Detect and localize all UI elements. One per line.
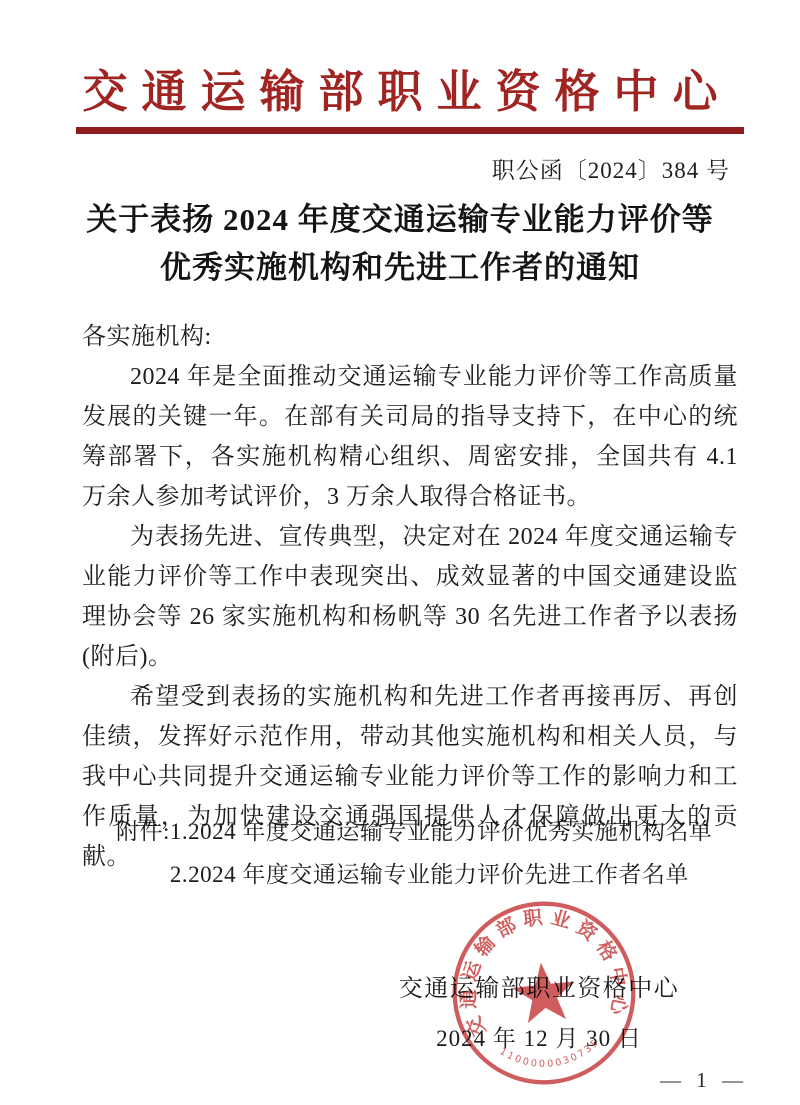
document-title-line1: 关于表扬 2024 年度交通运输专业能力评价等 — [86, 202, 714, 237]
body-paragraph: 2024 年是全面推动交通运输专业能力评价等工作高质量发展的关键一年。在部有关司… — [82, 357, 738, 517]
document-number: 职公函〔2024〕384 号 — [492, 152, 730, 185]
document-title: 关于表扬 2024 年度交通运输专业能力评价等 优秀实施机构和先进工作者的通知 — [40, 196, 760, 292]
signature-org-name: 交通运输部职业资格中心 — [398, 968, 680, 1003]
document-body: 各实施机构: 2024 年是全面推动交通运输专业能力评价等工作高质量发展的关键一… — [82, 317, 738, 877]
salutation: 各实施机构: — [82, 317, 738, 357]
body-paragraph: 为表扬先进、宣传典型，决定对在 2024 年度交通运输专业能力评价等工作中表现突… — [82, 517, 738, 677]
page-number: — 1 — — [660, 1068, 748, 1093]
attachments-label: 附件: — [116, 810, 170, 853]
signature-date: 2024 年 12 月 30 日 — [398, 1020, 680, 1053]
document-title-line2: 优秀实施机构和先进工作者的通知 — [160, 250, 640, 285]
attachment-item: 1.2024 年度交通运输专业能力评价优秀实施机构名单 — [170, 810, 713, 853]
attachment-item: 2.2024 年度交通运输专业能力评价先进工作者名单 — [170, 853, 713, 896]
letterhead-divider — [76, 127, 744, 134]
signature-block: 交通运输部职业资格中心 2024 年 12 月 30 日 — [398, 968, 680, 1053]
attachments-block: 附件: 1.2024 年度交通运输专业能力评价优秀实施机构名单 2.2024 年… — [116, 810, 712, 896]
document-page: 交通运输部职业资格中心 职公函〔2024〕384 号 关于表扬 2024 年度交… — [0, 0, 800, 1105]
letterhead-org-name: 交通运输部职业资格中心 — [0, 55, 800, 120]
